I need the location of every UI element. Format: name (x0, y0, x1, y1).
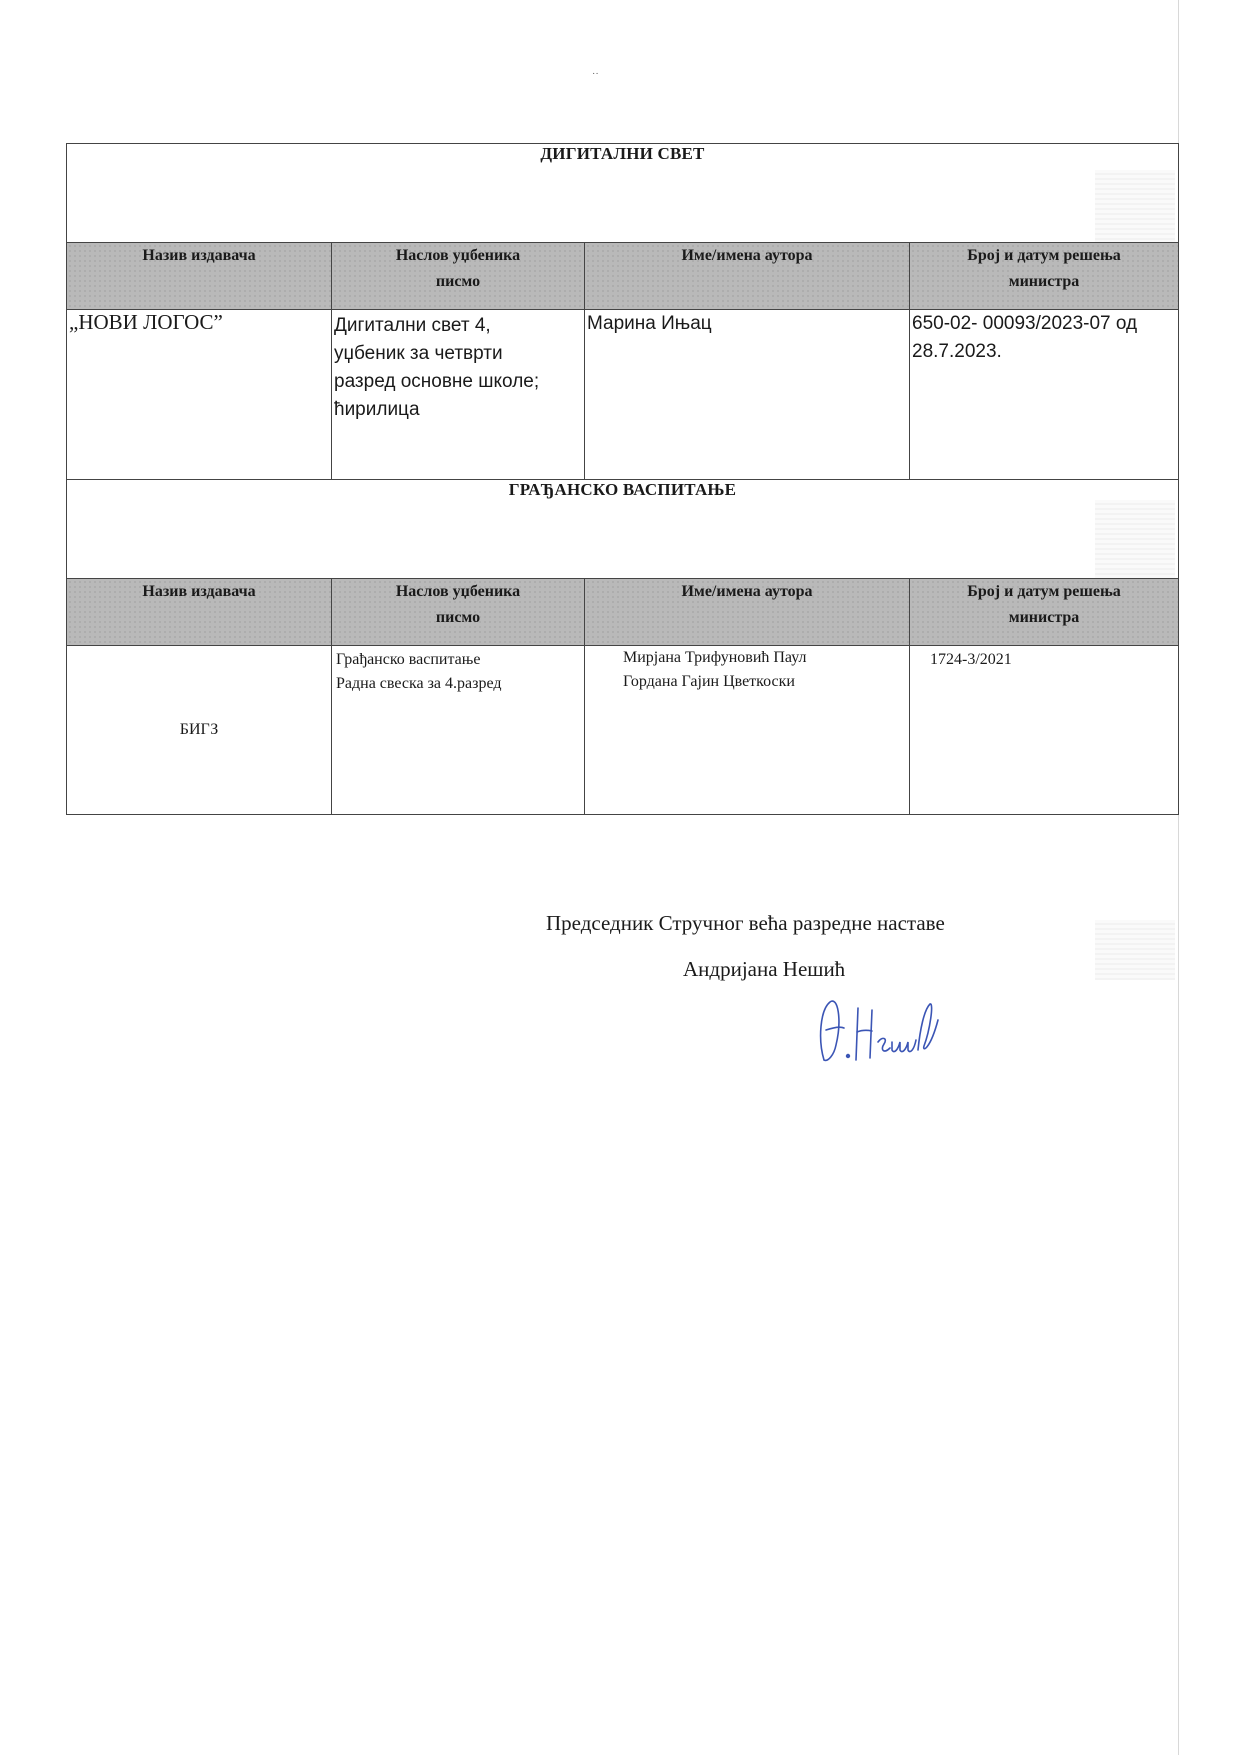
cell-authors: Мирјана Трифуновић Паул Гордана Гајин Цв… (585, 646, 910, 815)
decision-line: 650-02- 00093/2023-07 од (912, 310, 1178, 338)
header-row: Назив издавача Наслов уџбеника писмо Име… (67, 243, 1179, 310)
cell-publisher: „НОВИ ЛОГОС” (67, 310, 332, 480)
signatory-name: Андријана Нешић (683, 957, 845, 982)
decision-line: 28.7.2023. (912, 338, 1178, 366)
header-decision-line2: министра (910, 605, 1178, 631)
scan-speck: ˙˙ (592, 72, 599, 83)
author-name: Марина Ињац (587, 310, 909, 338)
textbook-line: Дигитални свет 4, (334, 312, 584, 340)
header-textbook-script: писмо (332, 605, 584, 631)
cell-publisher: БИГЗ (67, 646, 332, 815)
textbook-line: уџбеник за четврти (334, 340, 584, 368)
textbook-table: ДИГИТАЛНИ СВЕТ Назив издавача Наслов уџб… (66, 143, 1179, 815)
header-publisher: Назив издавача (67, 579, 332, 646)
section-title-row: ГРАЂАНСКО ВАСПИТАЊЕ (67, 480, 1179, 579)
signature-icon (812, 990, 947, 1065)
header-textbook: Наслов уџбеника писмо (332, 243, 585, 310)
header-textbook-title: Наслов уџбеника (332, 579, 584, 605)
cell-textbook: Дигитални свет 4, уџбеник за четврти раз… (332, 310, 585, 480)
header-decision-line1: Број и датум решења (910, 243, 1178, 269)
table-row: БИГЗ Грађанско васпитање Радна свеска за… (67, 646, 1179, 815)
scan-bleed-through (1095, 920, 1175, 980)
textbook-line: Грађанско васпитање (336, 648, 580, 672)
cell-authors: Марина Ињац (585, 310, 910, 480)
header-authors: Име/имена аутора (585, 579, 910, 646)
header-authors: Име/имена аутора (585, 243, 910, 310)
section-title: ДИГИТАЛНИ СВЕТ (67, 144, 1179, 243)
header-textbook-title: Наслов уџбеника (332, 243, 584, 269)
header-decision-line2: министра (910, 269, 1178, 295)
section-title-row: ДИГИТАЛНИ СВЕТ (67, 144, 1179, 243)
header-decision: Број и датум решења министра (910, 579, 1179, 646)
table-row: „НОВИ ЛОГОС” Дигитални свет 4, уџбеник з… (67, 310, 1179, 480)
section-title: ГРАЂАНСКО ВАСПИТАЊЕ (67, 480, 1179, 579)
textbook-line: ћирилица (334, 396, 584, 424)
textbook-line: разред основне школе; (334, 368, 584, 396)
cell-decision: 1724-3/2021 (910, 646, 1179, 815)
author-name: Гордана Гајин Цветкоски (623, 670, 909, 694)
header-publisher: Назив издавача (67, 243, 332, 310)
header-decision: Број и датум решења министра (910, 243, 1179, 310)
cell-decision: 650-02- 00093/2023-07 од 28.7.2023. (910, 310, 1179, 480)
signatory-role: Председник Стручног већа разредне настав… (546, 911, 945, 936)
textbook-line: Радна свеска за 4.разред (336, 672, 580, 696)
header-row: Назив издавача Наслов уџбеника писмо Име… (67, 579, 1179, 646)
author-name: Мирјана Трифуновић Паул (623, 646, 909, 670)
header-textbook: Наслов уџбеника писмо (332, 579, 585, 646)
header-textbook-script: писмо (332, 269, 584, 295)
header-decision-line1: Број и датум решења (910, 579, 1178, 605)
decision-line: 1724-3/2021 (930, 648, 1178, 672)
cell-textbook: Грађанско васпитање Радна свеска за 4.ра… (332, 646, 585, 815)
